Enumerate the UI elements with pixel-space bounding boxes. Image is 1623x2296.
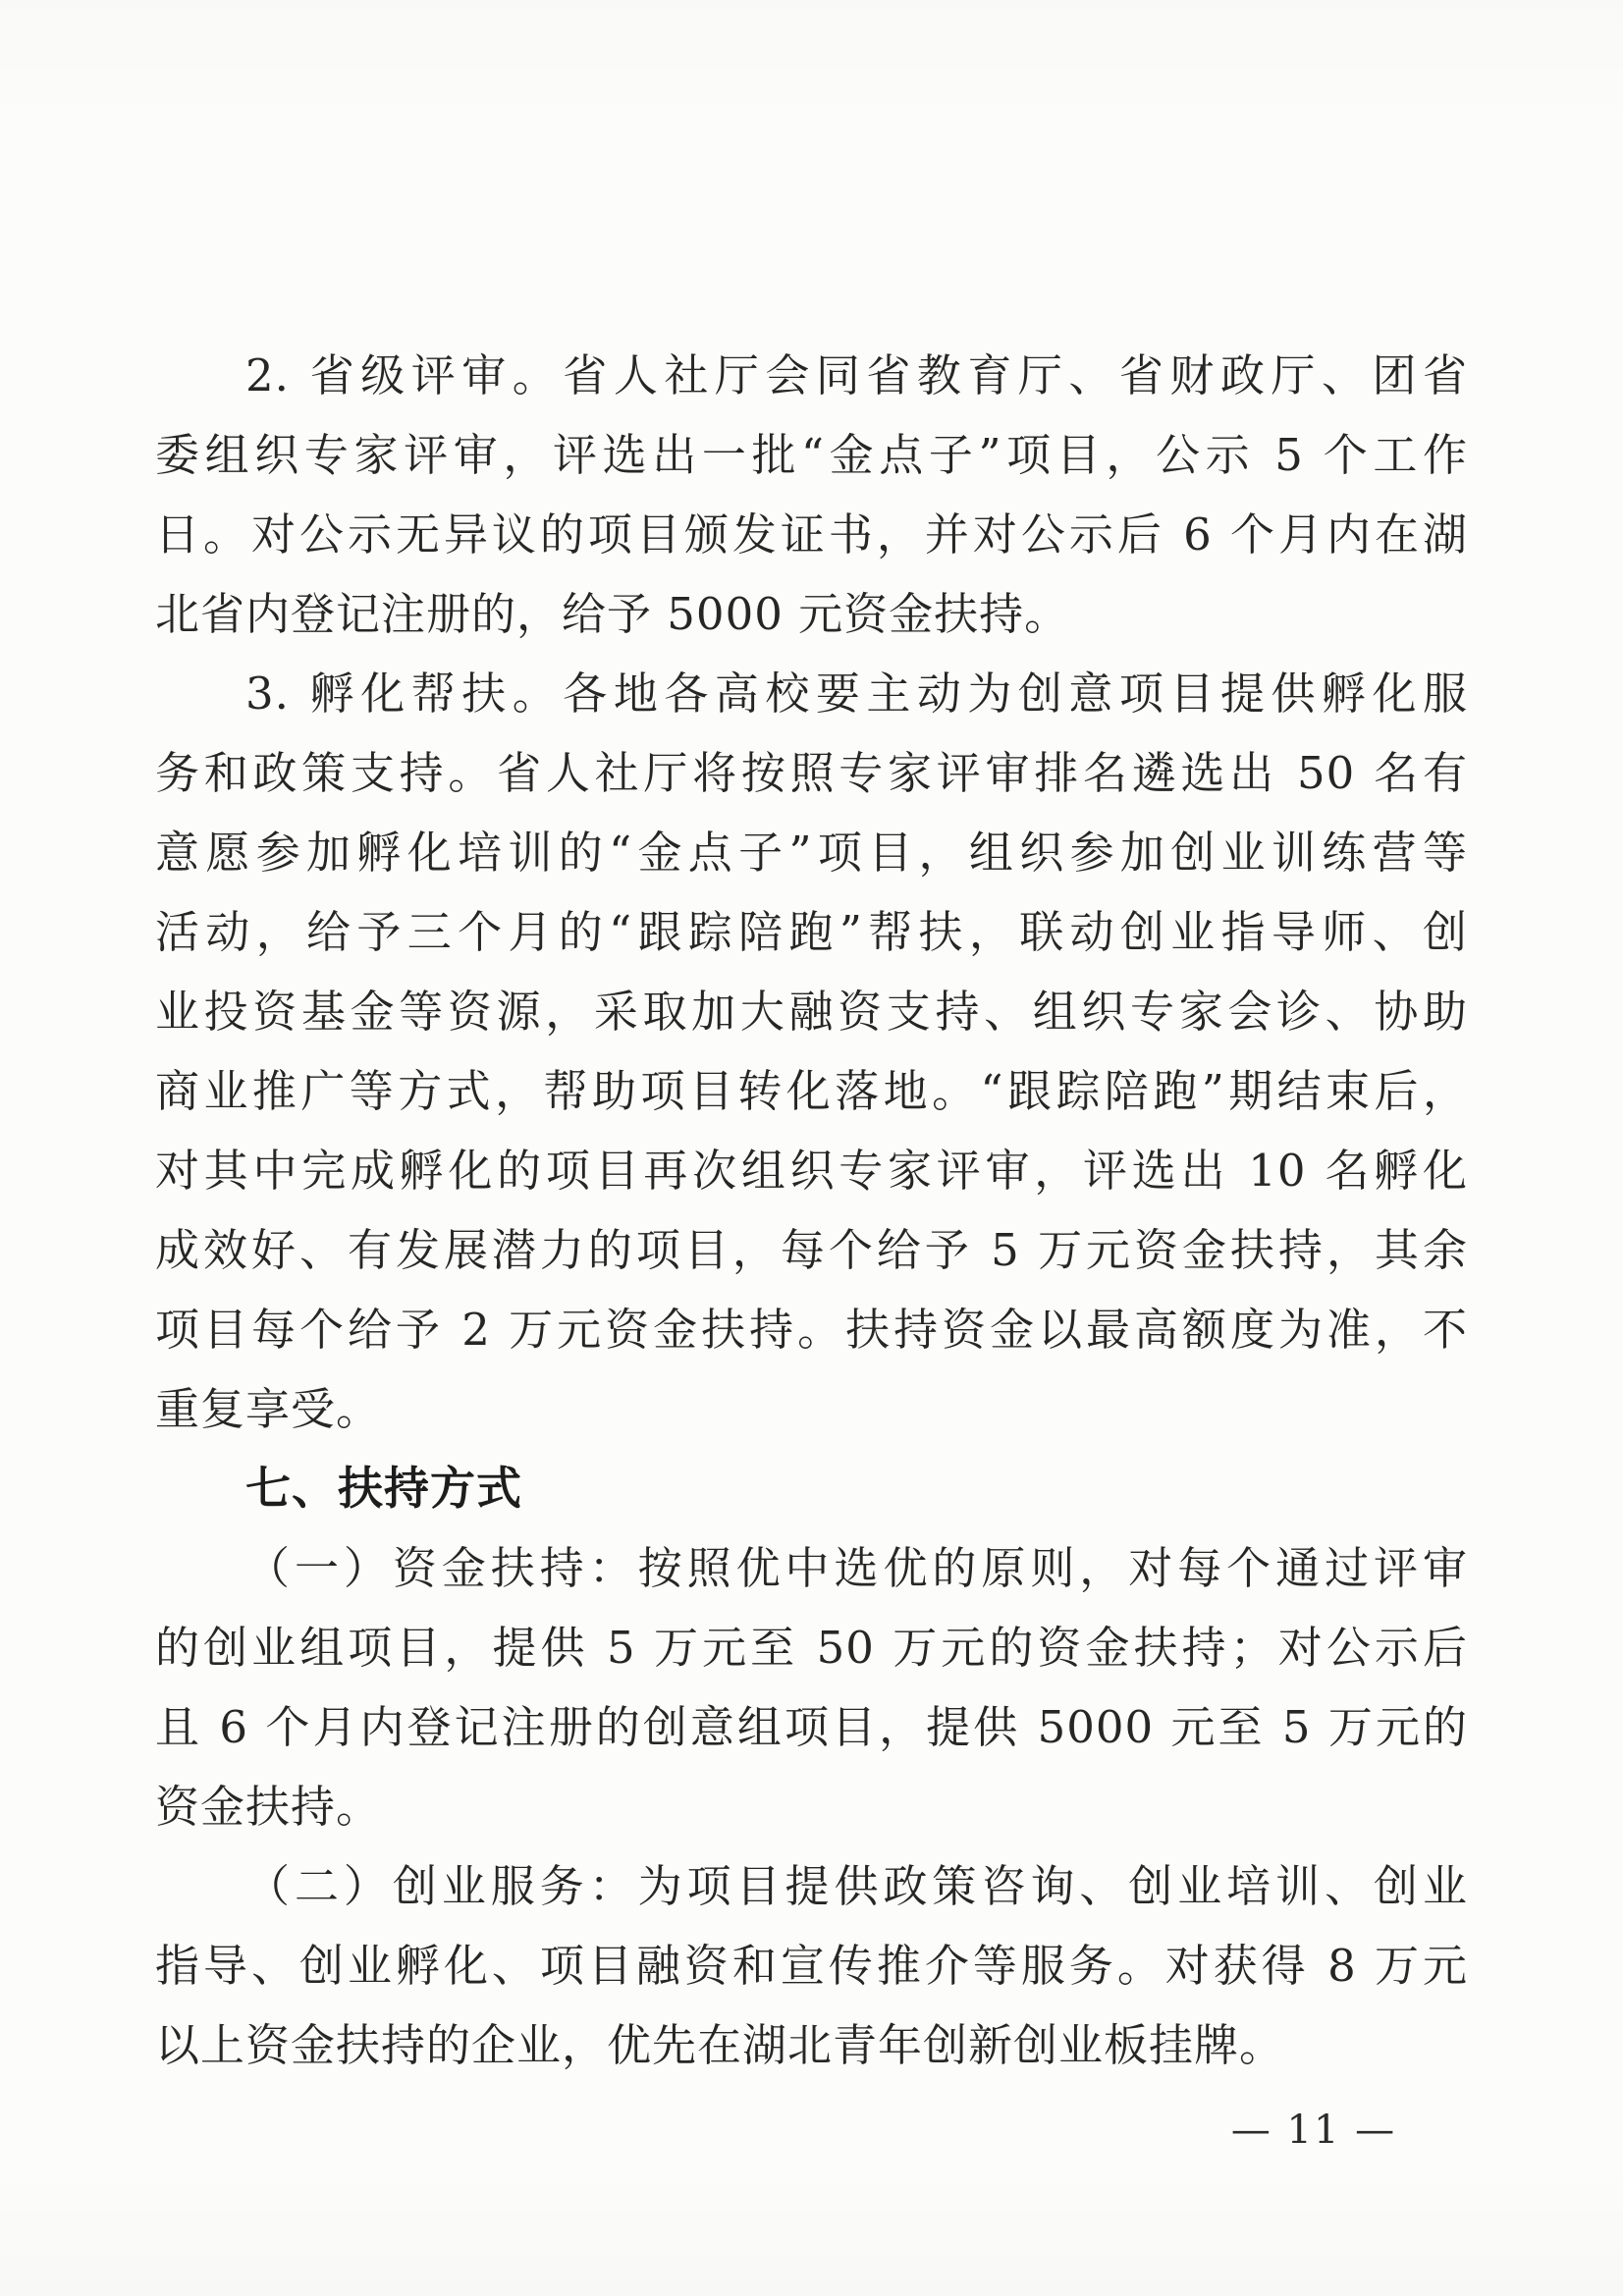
text-line: 意愿参加孵化培训的“金点子”项目，组织参加创业训练营等 <box>155 813 1468 892</box>
text-line: 2. 省级评审。省人社厅会同省教育厅、省财政厅、团省 <box>155 336 1468 415</box>
text-line: 项目每个给予 2 万元资金扶持。扶持资金以最高额度为准，不 <box>155 1290 1468 1369</box>
text-line: 重复享受。 <box>155 1369 1468 1449</box>
text-line: 商业推广等方式，帮助项目转化落地。“跟踪陪跑”期结束后， <box>155 1051 1468 1131</box>
text-line: 以上资金扶持的企业，优先在湖北青年创新创业板挂牌。 <box>155 2005 1468 2085</box>
text-line: 业投资基金等资源，采取加大融资支持、组织专家会诊、协助 <box>155 972 1468 1051</box>
page-number: — 11 — <box>1225 2107 1402 2154</box>
text-line: 资金扶持。 <box>155 1767 1468 1846</box>
text-line: 成效好、有发展潜力的项目，每个给予 5 万元资金扶持，其余 <box>155 1210 1468 1290</box>
text-line: 活动，给予三个月的“跟踪陪跑”帮扶，联动创业指导师、创 <box>155 892 1468 972</box>
document-body: 2. 省级评审。省人社厅会同省教育厅、省财政厅、团省委组织专家评审，评选出一批“… <box>155 336 1468 2085</box>
text-line: 指导、创业孵化、项目融资和宣传推介等服务。对获得 8 万元 <box>155 1926 1468 2005</box>
text-line: 的创业组项目，提供 5 万元至 50 万元的资金扶持；对公示后 <box>155 1608 1468 1687</box>
text-line: （一）资金扶持：按照优中选优的原则，对每个通过评审 <box>155 1528 1468 1608</box>
text-line: 务和政策支持。省人社厅将按照专家评审排名遴选出 50 名有 <box>155 733 1468 813</box>
text-line: 3. 孵化帮扶。各地各高校要主动为创意项目提供孵化服 <box>155 654 1468 733</box>
text-line: 且 6 个月内登记注册的创意组项目，提供 5000 元至 5 万元的 <box>155 1687 1468 1767</box>
text-line: 对其中完成孵化的项目再次组织专家评审，评选出 10 名孵化 <box>155 1131 1468 1210</box>
document-page: 2. 省级评审。省人社厅会同省教育厅、省财政厅、团省委组织专家评审，评选出一批“… <box>0 0 1623 2296</box>
text-line: （二）创业服务：为项目提供政策咨询、创业培训、创业 <box>155 1846 1468 1926</box>
text-line: 委组织专家评审，评选出一批“金点子”项目，公示 5 个工作 <box>155 415 1468 495</box>
section-heading: 七、扶持方式 <box>155 1449 1468 1528</box>
text-line: 北省内登记注册的，给予 5000 元资金扶持。 <box>155 574 1468 654</box>
text-line: 日。对公示无异议的项目颁发证书，并对公示后 6 个月内在湖 <box>155 495 1468 574</box>
